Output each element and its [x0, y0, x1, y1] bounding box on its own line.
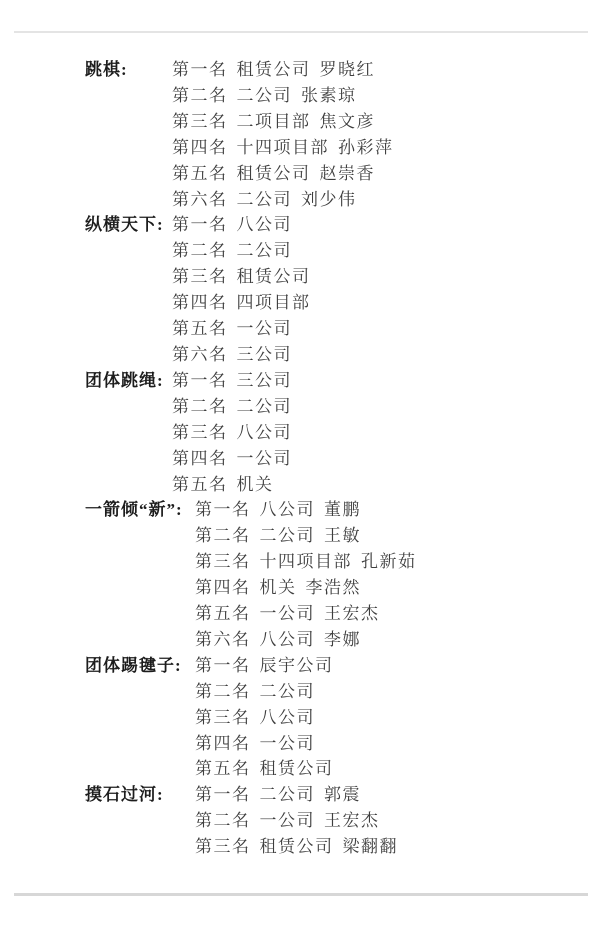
- result-row: 第一名八公司: [172, 212, 591, 238]
- team-name: 二公司: [237, 86, 293, 105]
- event-section: 跳棋:第一名租赁公司罗晓红第二名二公司张素琼第三名二项目部焦文彦第四名十四项目部…: [85, 57, 591, 212]
- result-row: 第五名租赁公司赵崇香: [172, 161, 591, 187]
- result-row: 第四名四项目部: [172, 290, 591, 316]
- rank-label: 第一名: [195, 500, 251, 519]
- result-row: 第六名二公司刘少伟: [172, 187, 591, 213]
- result-row: 第一名二公司郭震: [195, 782, 591, 808]
- team-name: 一公司: [260, 734, 316, 753]
- team-name: 辰宇公司: [260, 656, 334, 675]
- winner-name: 孙彩萍: [338, 138, 394, 157]
- result-row: 第一名辰宇公司: [195, 653, 591, 679]
- result-row: 第四名机关李浩然: [195, 575, 591, 601]
- result-row: 第二名二公司: [172, 394, 591, 420]
- result-row: 第五名一公司王宏杰: [195, 601, 591, 627]
- winner-name: 李浩然: [306, 578, 362, 597]
- event-results: 第一名租赁公司罗晓红第二名二公司张素琼第三名二项目部焦文彦第四名十四项目部孙彩萍…: [172, 57, 591, 212]
- team-name: 二公司: [260, 682, 316, 701]
- team-name: 租赁公司: [237, 267, 311, 286]
- rank-label: 第三名: [172, 423, 228, 442]
- result-row: 第二名二公司王敏: [195, 523, 591, 549]
- event-section: 摸石过河:第一名二公司郭震第二名一公司王宏杰第三名租赁公司梁翻翻: [85, 782, 591, 860]
- event-section: 纵横天下:第一名八公司第二名二公司第三名租赁公司第四名四项目部第五名一公司第六名…: [85, 212, 591, 367]
- rank-label: 第三名: [195, 837, 251, 856]
- rank-label: 第二名: [195, 682, 251, 701]
- team-name: 二公司: [260, 785, 316, 804]
- rank-label: 第一名: [172, 60, 228, 79]
- team-name: 三公司: [237, 371, 293, 390]
- team-name: 十四项目部: [237, 138, 330, 157]
- event-title: 团体跳绳:: [85, 368, 172, 394]
- rank-label: 第四名: [172, 293, 228, 312]
- rank-label: 第四名: [195, 578, 251, 597]
- event-title: 团体踢毽子:: [85, 653, 195, 679]
- result-row: 第三名租赁公司: [172, 264, 591, 290]
- winner-name: 孔新茹: [361, 552, 417, 571]
- result-row: 第二名一公司王宏杰: [195, 808, 591, 834]
- rank-label: 第二名: [172, 86, 228, 105]
- event-title: 纵横天下:: [85, 212, 172, 238]
- document-page: 跳棋:第一名租赁公司罗晓红第二名二公司张素琼第三名二项目部焦文彦第四名十四项目部…: [0, 0, 603, 927]
- team-name: 一公司: [260, 604, 316, 623]
- rank-label: 第三名: [195, 708, 251, 727]
- team-name: 租赁公司: [260, 759, 334, 778]
- event-section: 团体踢毽子:第一名辰宇公司第二名二公司第三名八公司第四名一公司第五名租赁公司: [85, 653, 591, 783]
- result-row: 第五名一公司: [172, 316, 591, 342]
- event-title: 一箭倾“新”:: [85, 497, 195, 523]
- rank-label: 第六名: [172, 190, 228, 209]
- rank-label: 第二名: [172, 241, 228, 260]
- result-row: 第一名三公司: [172, 368, 591, 394]
- result-row: 第一名八公司董鹏: [195, 497, 591, 523]
- result-row: 第四名一公司: [172, 446, 591, 472]
- team-name: 八公司: [237, 423, 293, 442]
- rank-label: 第四名: [172, 138, 228, 157]
- result-row: 第三名八公司: [172, 420, 591, 446]
- team-name: 二公司: [237, 241, 293, 260]
- winner-name: 王宏杰: [324, 604, 380, 623]
- winner-name: 赵崇香: [320, 164, 376, 183]
- result-row: 第三名二项目部焦文彦: [172, 109, 591, 135]
- rank-label: 第五名: [172, 319, 228, 338]
- rank-label: 第五名: [172, 164, 228, 183]
- rank-label: 第二名: [172, 397, 228, 416]
- winner-name: 梁翻翻: [343, 837, 399, 856]
- results-list: 跳棋:第一名租赁公司罗晓红第二名二公司张素琼第三名二项目部焦文彦第四名十四项目部…: [85, 57, 591, 860]
- event-section: 一箭倾“新”:第一名八公司董鹏第二名二公司王敏第三名十四项目部孔新茹第四名机关李…: [85, 497, 591, 652]
- winner-name: 王敏: [324, 526, 361, 545]
- result-row: 第三名租赁公司梁翻翻: [195, 834, 591, 860]
- rank-label: 第六名: [195, 630, 251, 649]
- event-section: 团体跳绳:第一名三公司第二名二公司第三名八公司第四名一公司第五名机关: [85, 368, 591, 498]
- team-name: 一公司: [260, 811, 316, 830]
- winner-name: 焦文彦: [320, 112, 376, 131]
- team-name: 八公司: [237, 215, 293, 234]
- top-divider: [14, 31, 588, 33]
- team-name: 二公司: [260, 526, 316, 545]
- bottom-divider: [14, 893, 588, 896]
- rank-label: 第一名: [172, 215, 228, 234]
- winner-name: 郭震: [324, 785, 361, 804]
- rank-label: 第一名: [172, 371, 228, 390]
- team-name: 八公司: [260, 500, 316, 519]
- rank-label: 第三名: [172, 267, 228, 286]
- rank-label: 第一名: [195, 785, 251, 804]
- team-name: 一公司: [237, 449, 293, 468]
- winner-name: 罗晓红: [320, 60, 376, 79]
- rank-label: 第三名: [172, 112, 228, 131]
- team-name: 三公司: [237, 345, 293, 364]
- event-results: 第一名辰宇公司第二名二公司第三名八公司第四名一公司第五名租赁公司: [195, 653, 591, 783]
- event-title: 摸石过河:: [85, 782, 195, 808]
- team-name: 八公司: [260, 708, 316, 727]
- rank-label: 第二名: [195, 526, 251, 545]
- result-row: 第二名二公司: [195, 679, 591, 705]
- team-name: 租赁公司: [237, 60, 311, 79]
- winner-name: 刘少伟: [301, 190, 357, 209]
- rank-label: 第五名: [195, 604, 251, 623]
- winner-name: 张素琼: [301, 86, 357, 105]
- rank-label: 第四名: [172, 449, 228, 468]
- team-name: 四项目部: [237, 293, 311, 312]
- rank-label: 第一名: [195, 656, 251, 675]
- result-row: 第六名八公司李娜: [195, 627, 591, 653]
- result-row: 第四名十四项目部孙彩萍: [172, 135, 591, 161]
- rank-label: 第四名: [195, 734, 251, 753]
- result-row: 第二名二公司: [172, 238, 591, 264]
- team-name: 租赁公司: [237, 164, 311, 183]
- team-name: 机关: [260, 578, 297, 597]
- team-name: 一公司: [237, 319, 293, 338]
- winner-name: 董鹏: [324, 500, 361, 519]
- event-results: 第一名二公司郭震第二名一公司王宏杰第三名租赁公司梁翻翻: [195, 782, 591, 860]
- result-row: 第六名三公司: [172, 342, 591, 368]
- rank-label: 第五名: [172, 475, 228, 494]
- result-row: 第一名租赁公司罗晓红: [172, 57, 591, 83]
- team-name: 十四项目部: [260, 552, 353, 571]
- rank-label: 第六名: [172, 345, 228, 364]
- result-row: 第二名二公司张素琼: [172, 83, 591, 109]
- result-row: 第四名一公司: [195, 731, 591, 757]
- team-name: 机关: [237, 475, 274, 494]
- rank-label: 第三名: [195, 552, 251, 571]
- team-name: 二项目部: [237, 112, 311, 131]
- winner-name: 李娜: [324, 630, 361, 649]
- team-name: 二公司: [237, 397, 293, 416]
- event-title: 跳棋:: [85, 57, 172, 83]
- team-name: 租赁公司: [260, 837, 334, 856]
- event-results: 第一名三公司第二名二公司第三名八公司第四名一公司第五名机关: [172, 368, 591, 498]
- rank-label: 第五名: [195, 759, 251, 778]
- winner-name: 王宏杰: [324, 811, 380, 830]
- result-row: 第三名八公司: [195, 705, 591, 731]
- event-results: 第一名八公司董鹏第二名二公司王敏第三名十四项目部孔新茹第四名机关李浩然第五名一公…: [195, 497, 591, 652]
- team-name: 八公司: [260, 630, 316, 649]
- result-row: 第三名十四项目部孔新茹: [195, 549, 591, 575]
- rank-label: 第二名: [195, 811, 251, 830]
- result-row: 第五名机关: [172, 472, 591, 498]
- event-results: 第一名八公司第二名二公司第三名租赁公司第四名四项目部第五名一公司第六名三公司: [172, 212, 591, 367]
- result-row: 第五名租赁公司: [195, 756, 591, 782]
- team-name: 二公司: [237, 190, 293, 209]
